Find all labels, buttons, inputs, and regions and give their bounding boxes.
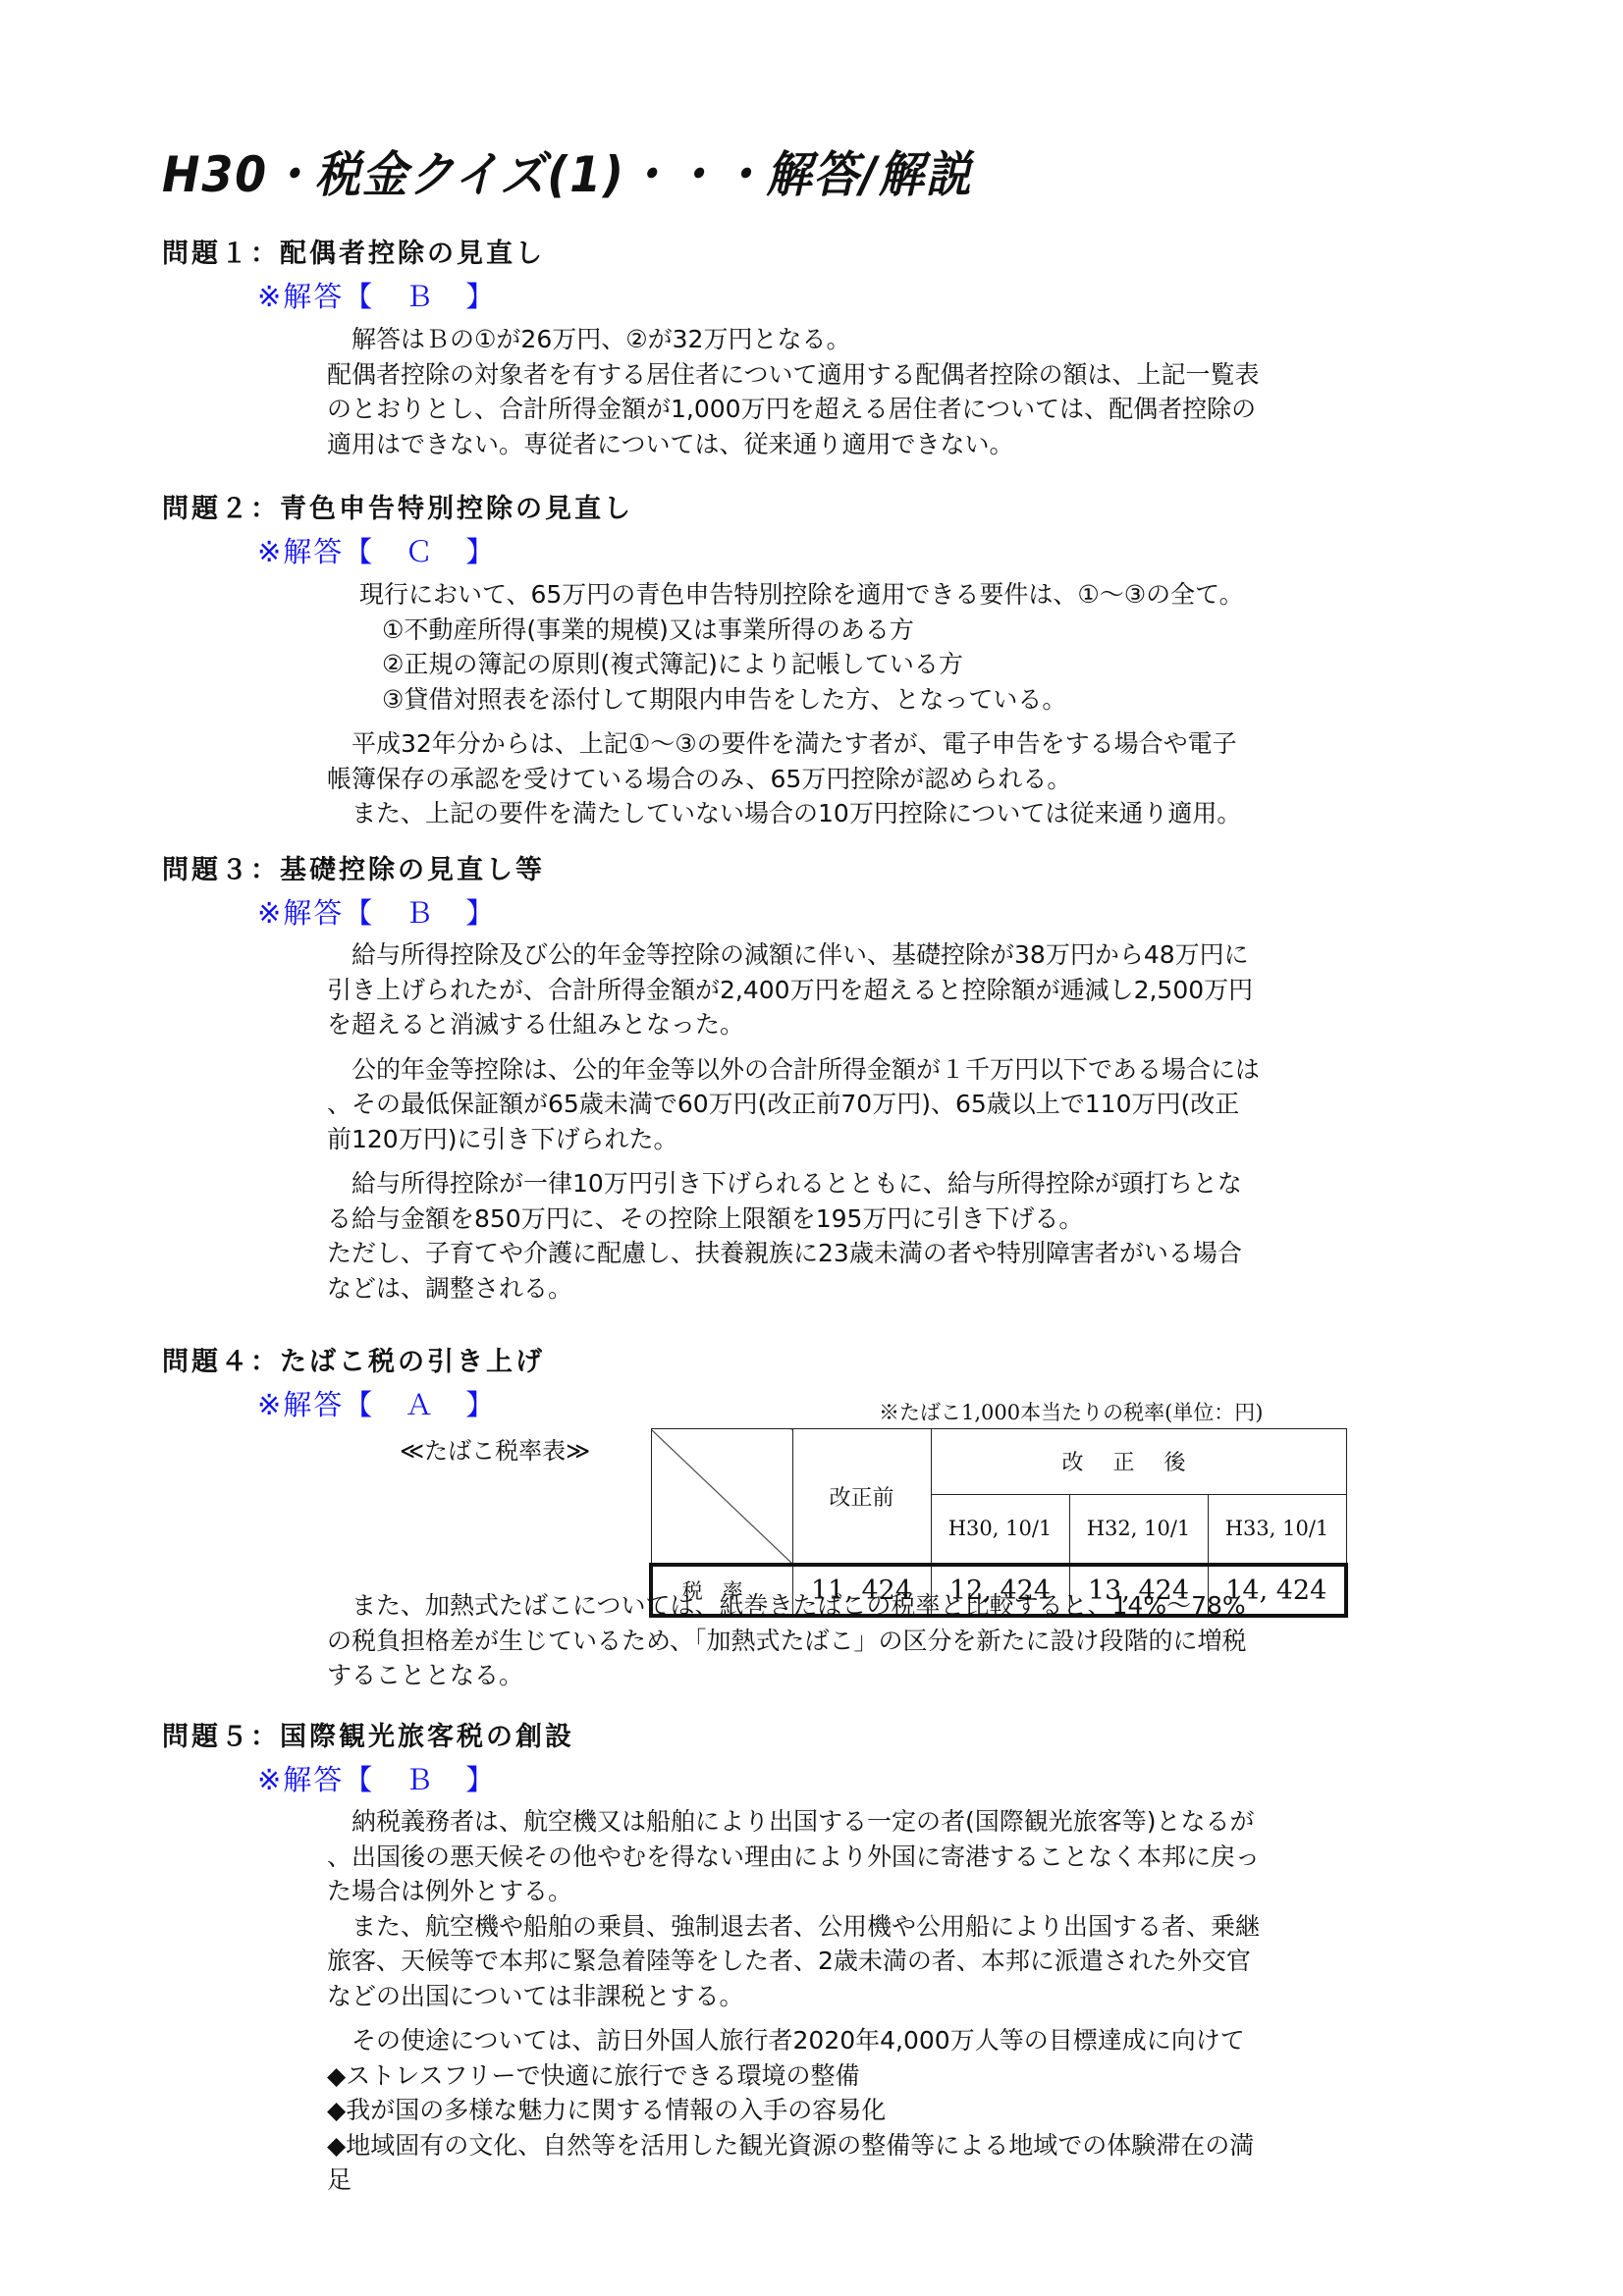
question-1-answer: ※解答【 Ｂ 】 — [257, 275, 496, 315]
text-line: 、出国後の悪天候その他やむを得ない理由により外国に寄港することなく本邦に戻っ — [327, 1840, 1495, 1875]
question-4-answer: ※解答【 Ａ 】 — [257, 1383, 496, 1423]
date-header: H33, 10/1 — [1208, 1494, 1346, 1565]
text-line: 現行において、65万円の青色申告特別控除を適用できる要件は、①～③の全て。 — [327, 577, 1495, 613]
text-line: また、加熱式たばこについては、紙巻きたばこの税率と比較すると、14%～78% — [327, 1588, 1495, 1624]
text-line: る給与金額を850万円に、その控除上限額を195万円に引き下げる。 — [327, 1201, 1495, 1237]
table-caption: ≪たばこ税率表≫ — [400, 1431, 590, 1466]
text-line: 前120万円)に引き下げられた。 — [327, 1122, 1495, 1157]
text-line: 平成32年分からは、上記①～③の要件を満たす者が、電子申告をする場合や電子 — [327, 726, 1495, 762]
text-line: その使途については、訪日外国人旅行者2020年4,000万人等の目標達成に向けて — [327, 2023, 1495, 2058]
text-line: ただし、子育てや介護に配慮し、扶養親族に23歳未満の者や特別障害者がいる場合 — [327, 1236, 1495, 1271]
question-3-explanation: 給与所得控除及び公的年金等控除の減額に伴い、基礎控除が38万円から48万円に 引… — [327, 937, 1495, 1306]
page-title: H30・税金クイズ(1)・・・解答/解説 — [162, 135, 972, 206]
list-item: ①不動産所得(事業的規模)又は事業所得のある方 — [327, 613, 1495, 648]
text-line: などの出国については非課税とする。 — [327, 1979, 1495, 2014]
text-line: 給与所得控除が一律10万円引き下げられるとともに、給与所得控除が頭打ちとな — [327, 1166, 1495, 1201]
text-line: 旅客、天候等で本邦に緊急着陸等をした者、2歳未満の者、本邦に派遣された外交官 — [327, 1944, 1495, 1979]
text-line: 引き上げられたが、合計所得金額が2,400万円を超えると控除額が逓減し2,500… — [327, 973, 1495, 1008]
question-3-heading: 問題３：基礎控除の見直し等 — [162, 848, 545, 886]
question-2-explanation: 現行において、65万円の青色申告特別控除を適用できる要件は、①～③の全て。 ①不… — [327, 577, 1495, 831]
text-line: 、その最低保証額が65歳未満で60万円(改正前70万円)、65歳以上で110万円… — [327, 1087, 1495, 1122]
text-line: 解答はＢの①が26万円、②が32万円となる。 — [327, 322, 1495, 357]
before-revision-header: 改正前 — [792, 1429, 931, 1566]
text-line: を超えると消滅する仕組みとなった。 — [327, 1007, 1495, 1042]
text-line: た場合は例外とする。 — [327, 1874, 1495, 1909]
text-line: 配偶者控除の対象者を有する居住者について適用する配偶者控除の額は、上記一覧表 — [327, 357, 1495, 393]
date-header: H32, 10/1 — [1069, 1494, 1208, 1565]
question-2-heading: 問題２：青色申告特別控除の見直し — [162, 487, 633, 525]
text-line: 帳簿保存の承認を受けている場合のみ、65万円控除が認められる。 — [327, 762, 1495, 797]
text-line: 納税義務者は、航空機又は船舶により出国する一定の者(国際観光旅客等)となるが — [327, 1804, 1495, 1840]
question-4-explanation: また、加熱式たばこについては、紙巻きたばこの税率と比較すると、14%～78% の… — [327, 1588, 1495, 1693]
question-1-explanation: 解答はＢの①が26万円、②が32万円となる。 配偶者控除の対象者を有する居住者に… — [327, 322, 1495, 461]
table-unit-note: ※たばこ1,000本当たりの税率(単位：円) — [879, 1397, 1264, 1426]
date-header: H30, 10/1 — [931, 1494, 1069, 1565]
list-item: ③貸借対照表を添付して期限内申告をした方、となっている。 — [327, 682, 1495, 718]
list-item: ②正規の簿記の原則(複式簿記)により記帳している方 — [327, 647, 1495, 682]
text-line: の税負担格差が生じているため、「加熱式たばこ」の区分を新たに設け段階的に増税 — [327, 1624, 1495, 1659]
text-line: 公的年金等控除は、公的年金等以外の合計所得金額が１千万円以下である場合には — [327, 1052, 1495, 1088]
question-3-answer: ※解答【 Ｂ 】 — [257, 891, 496, 932]
text-line: また、上記の要件を満たしていない場合の10万円控除については従来通り適用。 — [327, 796, 1495, 831]
text-line: のとおりとし、合計所得金額が1,000万円を超える居住者については、配偶者控除の — [327, 392, 1495, 427]
question-1-heading: 問題１：配偶者控除の見直し — [162, 232, 545, 270]
text-line: 足 — [327, 2163, 1495, 2198]
bullet-item: ◆我が国の多様な魅力に関する情報の入手の容易化 — [327, 2093, 1495, 2128]
bullet-item: ◆地域固有の文化、自然等を活用した観光資源の整備等による地域での体験滞在の満 — [327, 2128, 1495, 2163]
diagonal-corner-cell — [651, 1429, 792, 1566]
text-line: また、航空機や船舶の乗員、強制退去者、公用機や公用船により出国する者、乗継 — [327, 1909, 1495, 1945]
question-2-answer: ※解答【 Ｃ 】 — [257, 530, 496, 570]
question-5-answer: ※解答【 Ｂ 】 — [257, 1758, 496, 1798]
text-line: することとなる。 — [327, 1658, 1495, 1693]
text-line: などは、調整される。 — [327, 1271, 1495, 1307]
text-line: 給与所得控除及び公的年金等控除の減額に伴い、基礎控除が38万円から48万円に — [327, 937, 1495, 973]
after-revision-header: 改正後 — [931, 1429, 1346, 1495]
question-5-heading: 問題５：国際観光旅客税の創設 — [162, 1715, 574, 1753]
text-line: 適用はできない。専従者については、従来通り適用できない。 — [327, 427, 1495, 462]
question-4-heading: 問題４：たばこ税の引き上げ — [162, 1340, 545, 1378]
question-5-explanation: 納税義務者は、航空機又は船舶により出国する一定の者(国際観光旅客等)となるが 、… — [327, 1804, 1495, 2198]
bullet-item: ◆ストレスフリーで快適に旅行できる環境の整備 — [327, 2058, 1495, 2094]
